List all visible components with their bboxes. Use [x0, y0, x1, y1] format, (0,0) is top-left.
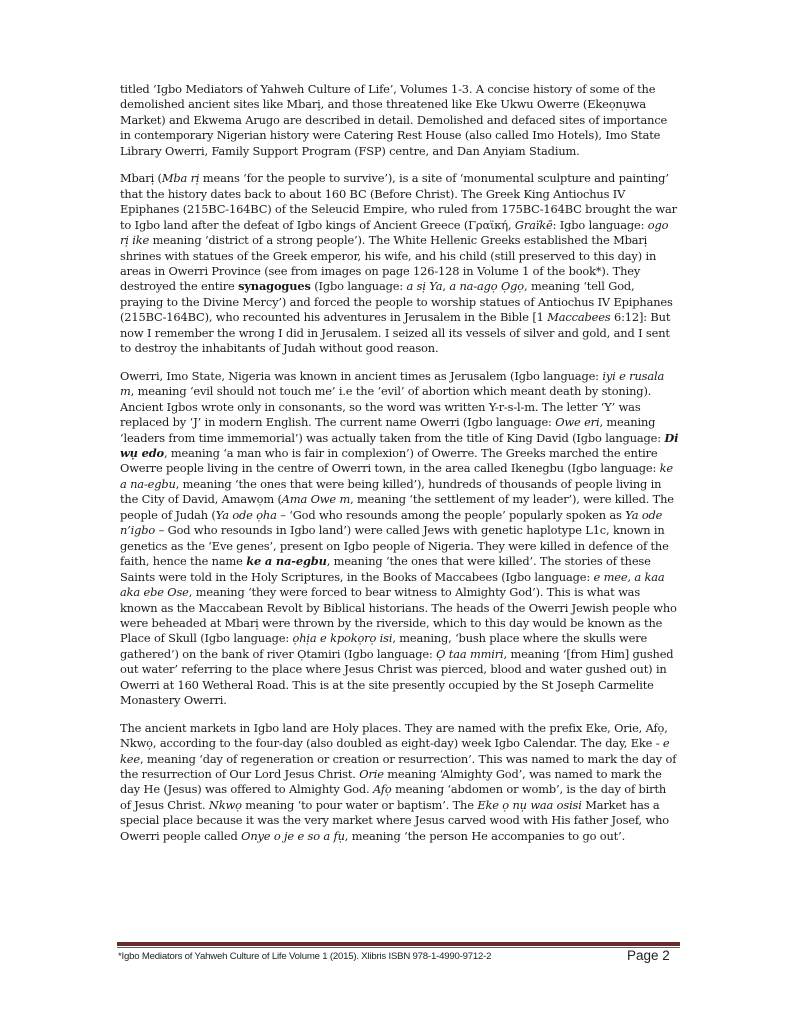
emphasized-term: synagogues	[238, 279, 311, 293]
paragraph-owerri-jerusalem: Owerri, Imo State, Nigeria was known in …	[120, 369, 680, 709]
text-run: : Igbo language:	[553, 218, 648, 232]
paragraph-ancient-markets: The ancient markets in Igbo land are Hol…	[120, 721, 680, 845]
emphasized-term: Ama Owe m	[282, 492, 350, 506]
body-text: titled ‘Igbo Mediators of Yahweh Culture…	[120, 82, 680, 856]
text-run: Mbarị (	[120, 171, 162, 185]
emphasized-term: Orie	[359, 767, 384, 781]
paragraph-mbari: Mbarị (Mba rị means ‘for the people to s…	[120, 171, 680, 356]
page-number: Page 2	[627, 948, 670, 963]
emphasized-term: a na-agọ Ọgọ	[449, 279, 524, 293]
emphasized-term: Afọ	[373, 782, 392, 796]
emphasized-term: Mba rị	[162, 171, 200, 185]
footer-rule-thick	[117, 942, 680, 946]
emphasized-term: a sị Ya	[407, 279, 443, 293]
emphasized-term: Owe eri	[555, 415, 599, 429]
emphasized-term: ke a na-egbu	[246, 554, 327, 568]
footer-citation: *Igbo Mediators of Yahweh Culture of Lif…	[118, 951, 491, 962]
text-run: Owerri, Imo State, Nigeria was known in …	[120, 369, 602, 383]
text-run: , meaning ‘a man who is fair in complexi…	[120, 446, 660, 475]
text-run: , meaning ‘the person He accompanies to …	[345, 829, 625, 843]
text-run: The ancient markets in Igbo land are Hol…	[120, 721, 668, 750]
emphasized-term: Maccabees	[547, 310, 610, 324]
text-run: meaning ‘to pour water or baptism’. The	[242, 798, 478, 812]
emphasized-term: Graïkē	[515, 218, 553, 232]
emphasized-term: Eke ọ nụ waa osisi	[477, 798, 581, 812]
emphasized-term: ọhịa e kpokọrọ isi	[293, 631, 393, 645]
footer-rule	[117, 942, 680, 948]
emphasized-term: Ọ taa mmiri	[436, 647, 503, 661]
emphasized-term: Ya ode ọha	[216, 508, 277, 522]
footer-rule-thin	[117, 947, 680, 948]
document-page: titled ‘Igbo Mediators of Yahweh Culture…	[0, 0, 791, 1024]
text-run: titled ‘Igbo Mediators of Yahweh Culture…	[120, 82, 667, 158]
text-run: (Igbo language:	[311, 279, 407, 293]
emphasized-term: Onye o je e so a fụ	[241, 829, 345, 843]
paragraph-sources: titled ‘Igbo Mediators of Yahweh Culture…	[120, 82, 680, 159]
text-run: – ‘God who resounds among the people’ po…	[277, 508, 625, 522]
emphasized-term: Nkwọ	[209, 798, 242, 812]
